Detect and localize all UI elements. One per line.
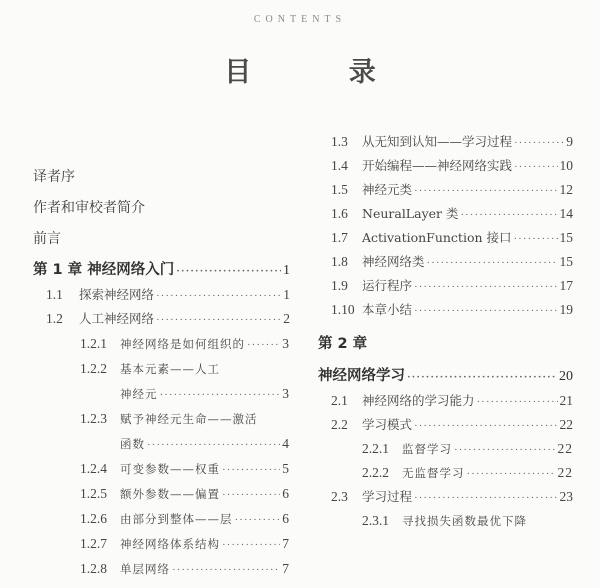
leader-dots xyxy=(176,258,281,284)
toc-section-1-2[interactable]: 1.2 人工神经网络 2 xyxy=(33,307,290,331)
toc-section-1-7[interactable]: 1.7 ActivationFunction 接口 15 xyxy=(331,226,573,250)
page-number: 7 xyxy=(282,556,290,581)
leader-dots xyxy=(514,131,564,155)
leader-dots xyxy=(414,275,557,299)
section-title: 基本元素——人工 xyxy=(120,357,220,382)
toc-section-2-2[interactable]: 2.2 学习模式 22 xyxy=(331,413,573,437)
toc-entry-translator-preface[interactable]: 译者序 xyxy=(33,164,290,195)
toc-section-1-4[interactable]: 1.4 开始编程——神经网络实践 10 xyxy=(331,154,573,178)
leader-dots xyxy=(467,462,556,486)
page-number: 20 xyxy=(559,364,573,390)
section-number: 2.2 xyxy=(331,413,362,437)
toc-subsection-2-2-1[interactable]: 2.2.1 监督学习 22 xyxy=(331,437,573,461)
toc-section-2-3[interactable]: 2.3 学习过程 23 xyxy=(331,485,573,509)
contents-label: CONTENTS xyxy=(0,14,600,25)
section-title: 额外参数——偏置 xyxy=(120,482,220,507)
toc-subsection-1-2-2[interactable]: 1.2.2 基本元素——人工 xyxy=(33,356,290,381)
section-title: 学习模式 xyxy=(362,413,412,437)
page-number: 9 xyxy=(566,130,573,154)
section-number: 1.9 xyxy=(331,274,362,298)
section-title-cont: 神经元 xyxy=(120,382,158,407)
section-title: 神经网络是如何组织的 xyxy=(120,332,245,357)
page-number: 14 xyxy=(560,202,574,226)
toc-section-1-3[interactable]: 1.3 从无知到认知——学习过程 9 xyxy=(331,130,573,154)
section-number: 1.4 xyxy=(331,154,362,178)
toc-section-1-5[interactable]: 1.5 神经元类 12 xyxy=(331,178,573,202)
leader-dots xyxy=(156,284,281,308)
page-number: 6 xyxy=(282,506,290,531)
toc-entry-authors[interactable]: 作者和审校者简介 xyxy=(33,195,290,226)
section-title: 可变参数——权重 xyxy=(120,457,220,482)
section-title: 神经网络的学习能力 xyxy=(362,389,475,413)
toc-section-1-6[interactable]: 1.6 NeuralLayer 类 14 xyxy=(331,202,573,226)
page-number: 1 xyxy=(283,258,290,284)
leader-dots xyxy=(160,383,281,408)
page-number: 10 xyxy=(560,154,574,178)
section-number: 1.10 xyxy=(331,298,362,322)
section-number: 2.2.1 xyxy=(362,437,402,461)
section-title: 无监督学习 xyxy=(402,461,465,485)
page-number: 12 xyxy=(560,178,574,202)
section-number: 1.2.8 xyxy=(80,556,120,581)
toc-chapter-2[interactable]: 神经网络学习 20 xyxy=(318,363,573,389)
section-number: 1.2.7 xyxy=(80,531,120,556)
page-number: 22 xyxy=(558,437,574,461)
toc-subsection-1-2-5[interactable]: 1.2.5 额外参数——偏置 6 xyxy=(33,481,290,506)
section-number: 1.3 xyxy=(331,130,362,154)
leader-dots xyxy=(222,533,280,558)
leader-dots xyxy=(460,203,557,227)
section-number: 2.1 xyxy=(331,389,362,413)
section-title: 寻找损失函数最优下降 xyxy=(402,509,527,533)
section-number: 2.3 xyxy=(331,485,362,509)
page-number: 15 xyxy=(560,226,574,250)
page-number: 23 xyxy=(560,485,574,509)
leader-dots xyxy=(156,308,281,332)
leader-dots xyxy=(454,438,556,462)
section-title: NeuralLayer 类 xyxy=(362,202,458,226)
toc-subsection-1-2-6[interactable]: 1.2.6 由部分到整体——层 6 xyxy=(33,506,290,531)
toc-subsection-1-2-1[interactable]: 1.2.1 神经网络是如何组织的 3 xyxy=(33,331,290,356)
section-title: ActivationFunction 接口 xyxy=(362,226,512,250)
page-number: 1 xyxy=(283,283,290,307)
leader-dots xyxy=(514,155,557,179)
section-number: 1.2.2 xyxy=(80,356,120,381)
toc-entry-preface[interactable]: 前言 xyxy=(33,226,290,257)
toc-chapter-1[interactable]: 第 1 章 神经网络入门 1 xyxy=(33,257,290,283)
toc-section-1-10[interactable]: 1.10 本章小结 19 xyxy=(331,298,573,322)
section-number: 1.6 xyxy=(331,202,362,226)
leader-dots xyxy=(147,433,280,458)
section-title: 神经网络体系结构 xyxy=(120,532,220,557)
toc-section-1-8[interactable]: 1.8 神经网络类 15 xyxy=(331,250,573,274)
section-title: 学习过程 xyxy=(362,485,412,509)
section-title: 单层网络 xyxy=(120,557,170,582)
section-number: 1.2.3 xyxy=(80,406,120,431)
leader-dots xyxy=(247,333,280,358)
leader-dots xyxy=(407,364,557,390)
leader-dots xyxy=(514,227,558,251)
page-number: 19 xyxy=(560,298,574,322)
leader-dots xyxy=(477,390,558,414)
toc-subsection-2-2-2[interactable]: 2.2.2 无监督学习 22 xyxy=(331,461,573,485)
page-number: 7 xyxy=(282,531,290,556)
section-title: 开始编程——神经网络实践 xyxy=(362,154,512,178)
leader-dots xyxy=(414,486,557,510)
toc-subsection-1-2-4[interactable]: 1.2.4 可变参数——权重 5 xyxy=(33,456,290,481)
section-title: 运行程序 xyxy=(362,274,412,298)
leader-dots xyxy=(172,558,280,583)
section-number: 1.2 xyxy=(46,307,79,331)
leader-dots xyxy=(414,179,557,203)
section-number: 1.2.6 xyxy=(80,506,120,531)
page-number: 4 xyxy=(282,431,290,456)
toc-subsection-2-3-1[interactable]: 2.3.1 寻找损失函数最优下降 xyxy=(331,509,573,533)
leader-dots xyxy=(222,458,280,483)
page-number: 5 xyxy=(282,456,290,481)
toc-subsection-1-2-7[interactable]: 1.2.7 神经网络体系结构 7 xyxy=(33,531,290,556)
page-number: 22 xyxy=(560,413,574,437)
section-number: 2.2.2 xyxy=(362,461,402,485)
section-number: 1.5 xyxy=(331,178,362,202)
section-number: 1.1 xyxy=(46,283,79,307)
toc-subsection-1-2-8[interactable]: 1.2.8 单层网络 7 xyxy=(33,556,290,581)
page-number: 15 xyxy=(560,250,574,274)
section-number: 1.2.5 xyxy=(80,481,120,506)
toc-left-column: 译者序 作者和审校者简介 前言 第 1 章 神经网络入门 1 1.1 探索神经网… xyxy=(33,164,290,581)
toc-subsection-1-2-3-cont[interactable]: 函数 4 xyxy=(33,431,290,456)
page-number: 2 xyxy=(283,307,290,331)
section-title: 神经网络类 xyxy=(362,250,425,274)
section-title: 从无知到认知——学习过程 xyxy=(362,130,512,154)
toc-section-1-1[interactable]: 1.1 探索神经网络 1 xyxy=(33,283,290,307)
page-number: 21 xyxy=(560,389,574,413)
section-title: 神经元类 xyxy=(362,178,412,202)
leader-dots xyxy=(222,483,280,508)
toc-right-column: 1.3 从无知到认知——学习过程 9 1.4 开始编程——神经网络实践 10 1… xyxy=(331,130,573,533)
page-number: 17 xyxy=(560,274,574,298)
leader-dots xyxy=(414,414,557,438)
section-number: 1.2.4 xyxy=(80,456,120,481)
section-title-cont: 函数 xyxy=(120,432,145,457)
toc-section-1-9[interactable]: 1.9 运行程序 17 xyxy=(331,274,573,298)
page-number: 3 xyxy=(282,381,290,406)
section-number: 1.7 xyxy=(331,226,362,250)
section-title: 由部分到整体——层 xyxy=(120,507,233,532)
toc-subsection-1-2-2-cont[interactable]: 神经元 3 xyxy=(33,381,290,406)
toc-subsection-1-2-3[interactable]: 1.2.3 赋予神经元生命——激活 xyxy=(33,406,290,431)
page-number: 22 xyxy=(558,461,574,485)
leader-dots xyxy=(414,299,557,323)
leader-dots xyxy=(235,508,281,533)
section-title: 监督学习 xyxy=(402,437,452,461)
page-number: 6 xyxy=(282,481,290,506)
section-title: 人工神经网络 xyxy=(79,307,154,331)
section-title: 赋予神经元生命——激活 xyxy=(120,407,258,432)
page-title: 目 录 xyxy=(0,50,600,89)
chapter-title: 第 1 章 神经网络入门 xyxy=(33,257,174,283)
toc-section-2-1[interactable]: 2.1 神经网络的学习能力 21 xyxy=(331,389,573,413)
section-title: 本章小结 xyxy=(362,298,412,322)
section-title: 探索神经网络 xyxy=(79,283,154,307)
toc-chapter-2-label[interactable]: 第 2 章 xyxy=(318,326,573,363)
section-number: 1.2.1 xyxy=(80,331,120,356)
section-number: 2.3.1 xyxy=(362,509,402,533)
section-number: 1.8 xyxy=(331,250,362,274)
leader-dots xyxy=(427,251,558,275)
page-number: 3 xyxy=(282,331,290,356)
chapter-title: 神经网络学习 xyxy=(318,363,405,389)
